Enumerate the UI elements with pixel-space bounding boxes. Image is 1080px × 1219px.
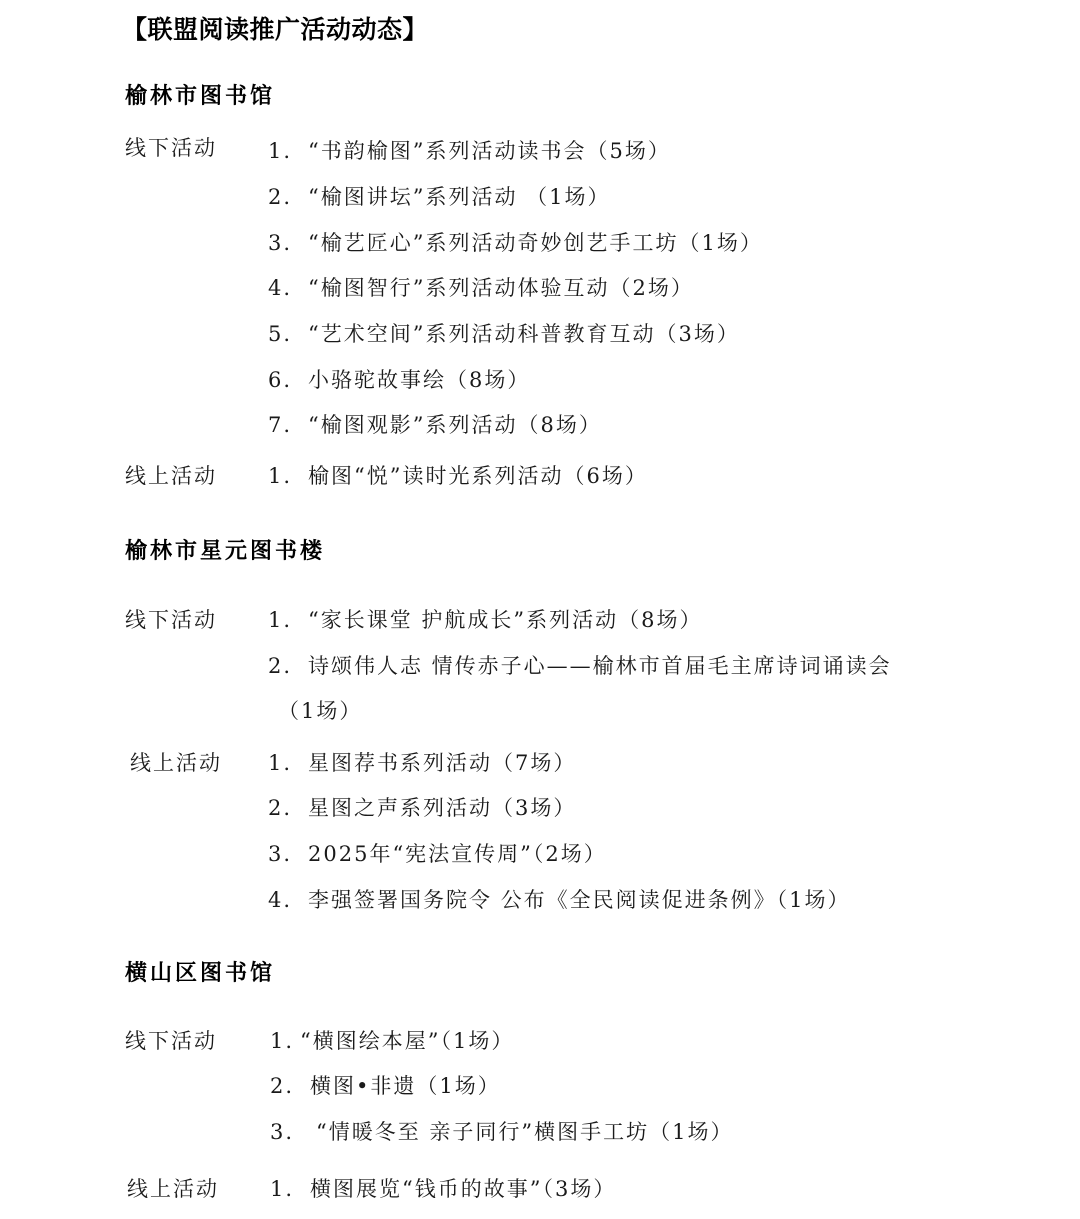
list-item: 5.“艺术空间”系列活动科普教育互动（3场） — [268, 318, 740, 348]
category-label: 线上活动 — [127, 1173, 219, 1203]
category-label: 线上活动 — [130, 747, 222, 777]
category-label: 线下活动 — [125, 1025, 217, 1055]
category-label: 线上活动 — [125, 460, 217, 490]
list-item: 1.榆图“悦”读时光系列活动（6场） — [268, 460, 648, 490]
list-item: 2.诗颂伟人志 情传赤子心——榆林市首届毛主席诗词诵读会 — [268, 650, 892, 680]
list-item: 1.“书韵榆图”系列活动读书会（5场） — [268, 135, 671, 165]
list-item: 3.“情暖冬至 亲子同行”横图手工坊（1场） — [270, 1116, 734, 1146]
list-item: 3.“榆艺匠心”系列活动奇妙创艺手工坊（1场） — [268, 227, 763, 257]
list-item: 1.“家长课堂 护航成长”系列活动（8场） — [268, 604, 703, 634]
list-item: 7.“榆图观影”系列活动（8场） — [268, 409, 602, 439]
list-item: 3.2025年“宪法宣传周”（2场） — [268, 838, 607, 868]
library-heading: 榆林市星元图书楼 — [125, 534, 325, 565]
category-label: 线下活动 — [125, 604, 217, 634]
list-item: 1.“横图绘本屋”（1场） — [270, 1025, 514, 1055]
list-item: 2.“榆图讲坛”系列活动 （1场） — [268, 181, 611, 211]
list-item: 2.横图•非遗（1场） — [270, 1070, 501, 1100]
category-label: 线下活动 — [125, 132, 217, 162]
list-item-continuation: （1场） — [278, 695, 362, 725]
library-heading: 榆林市图书馆 — [125, 79, 275, 110]
list-item: 4.李强签署国务院令 公布《全民阅读促进条例》（1场） — [268, 884, 851, 914]
page-title: 【联盟阅读推广活动动态】 — [122, 10, 428, 46]
list-item: 6.小骆驼故事绘（8场） — [268, 364, 530, 394]
list-item: 1.横图展览“钱币的故事”（3场） — [270, 1173, 616, 1203]
library-heading: 横山区图书馆 — [125, 956, 275, 987]
list-item: 1.星图荐书系列活动（7场） — [268, 747, 576, 777]
list-item: 4.“榆图智行”系列活动体验互动（2场） — [268, 272, 694, 302]
list-item: 2.星图之声系列活动（3场） — [268, 792, 576, 822]
